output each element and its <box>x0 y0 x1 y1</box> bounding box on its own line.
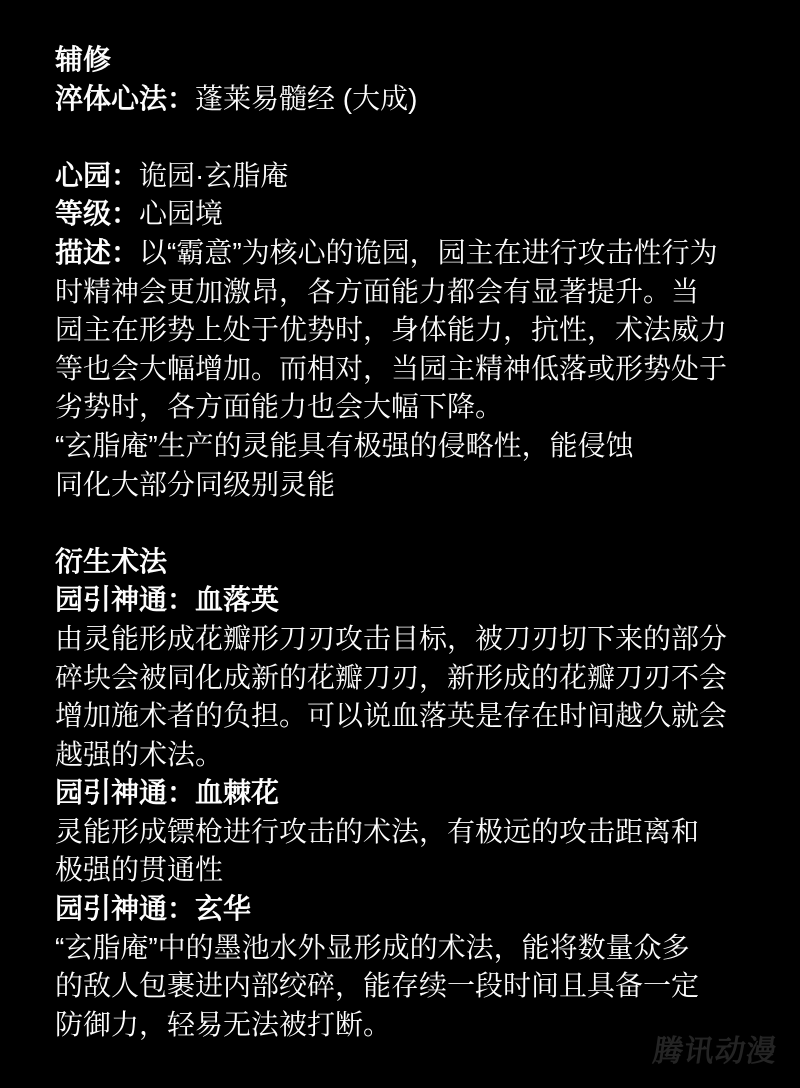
text-line: 等级：心园境 <box>55 195 770 234</box>
text-segment: 诡园·玄脂庵 <box>139 160 288 191</box>
text-line: 辅修 <box>55 41 770 80</box>
text-segment: 防御力，轻易无法被打断。 <box>55 1009 391 1040</box>
text-line: “玄脂庵”生产的灵能具有极强的侵略性，能侵蚀 <box>55 427 770 466</box>
text-line: 园主在形势上处于优势时，身体能力，抗性，术法威力 <box>55 311 770 350</box>
text-segment: 同化大部分同级别灵能 <box>55 469 335 500</box>
label-segment: 园引神通：血落英 <box>55 584 279 615</box>
tencent-comics-watermark: 腾讯动漫 <box>650 1032 796 1072</box>
text-segment: 由灵能形成花瓣形刀刃攻击目标，被刀刃切下来的部分 <box>55 623 727 654</box>
label-segment: 等级： <box>55 198 139 229</box>
text-line: 的敌人包裹进内部绞碎，能存续一段时间且具备一定 <box>55 967 770 1006</box>
text-segment: 的敌人包裹进内部绞碎，能存续一段时间且具备一定 <box>55 970 699 1001</box>
text-segment: 增加施术者的负担。可以说血落英是存在时间越久就会 <box>55 700 727 731</box>
text-segment: 极强的贯通性 <box>55 854 223 885</box>
text-line: 灵能形成镖枪进行攻击的术法，有极远的攻击距离和 <box>55 813 770 852</box>
text-line: 由灵能形成花瓣形刀刃攻击目标，被刀刃切下来的部分 <box>55 620 770 659</box>
text-line: 越强的术法。 <box>55 736 770 775</box>
text-line: 时精神会更加激昂，各方面能力都会有显著提升。当 <box>55 273 770 312</box>
text-line: “玄脂庵”中的墨池水外显形成的术法，能将数量众多 <box>55 929 770 968</box>
text-line: 描述：以“霸意”为核心的诡园，园主在进行攻击性行为 <box>55 234 770 273</box>
text-line: 心园：诡园·玄脂庵 <box>55 157 770 196</box>
text-segment: 碎块会被同化成新的花瓣刀刃，新形成的花瓣刀刃不会 <box>55 662 727 693</box>
stat-text-block: 辅修淬体心法：蓬莱易髓经 (大成)心园：诡园·玄脂庵等级：心园境描述：以“霸意”… <box>55 41 770 1044</box>
text-segment: 心园境 <box>139 198 223 229</box>
label-segment: 园引神通：血棘花 <box>55 777 279 808</box>
text-line: 等也会大幅增加。而相对，当园主精神低落或形势处于 <box>55 350 770 389</box>
text-segment: 以“霸意”为核心的诡园，园主在进行攻击性行为 <box>139 237 718 268</box>
comic-stat-page: 辅修淬体心法：蓬莱易髓经 (大成)心园：诡园·玄脂庵等级：心园境描述：以“霸意”… <box>0 0 800 1088</box>
text-line: 同化大部分同级别灵能 <box>55 466 770 505</box>
text-segment: 劣势时，各方面能力也会大幅下降。 <box>55 391 503 422</box>
label-segment: 衍生术法 <box>55 546 167 577</box>
label-segment: 描述： <box>55 237 139 268</box>
blank-line <box>55 504 770 543</box>
label-segment: 园引神通：玄华 <box>55 893 251 924</box>
text-segment: 蓬莱易髓经 (大成) <box>195 83 417 114</box>
label-segment: 淬体心法： <box>55 83 195 114</box>
text-segment: 灵能形成镖枪进行攻击的术法，有极远的攻击距离和 <box>55 816 699 847</box>
text-segment: “玄脂庵”生产的灵能具有极强的侵略性，能侵蚀 <box>55 430 634 461</box>
label-segment: 心园： <box>55 160 139 191</box>
text-segment: “玄脂庵”中的墨池水外显形成的术法，能将数量众多 <box>55 932 690 963</box>
text-line: 园引神通：血棘花 <box>55 774 770 813</box>
text-line: 园引神通：血落英 <box>55 581 770 620</box>
blank-line <box>55 118 770 157</box>
text-line: 劣势时，各方面能力也会大幅下降。 <box>55 388 770 427</box>
text-line: 衍生术法 <box>55 543 770 582</box>
text-line: 增加施术者的负担。可以说血落英是存在时间越久就会 <box>55 697 770 736</box>
text-segment: 园主在形势上处于优势时，身体能力，抗性，术法威力 <box>55 314 727 345</box>
text-segment: 时精神会更加激昂，各方面能力都会有显著提升。当 <box>55 276 699 307</box>
text-line: 园引神通：玄华 <box>55 890 770 929</box>
text-line: 极强的贯通性 <box>55 851 770 890</box>
text-line: 碎块会被同化成新的花瓣刀刃，新形成的花瓣刀刃不会 <box>55 659 770 698</box>
text-segment: 等也会大幅增加。而相对，当园主精神低落或形势处于 <box>55 353 727 384</box>
label-segment: 辅修 <box>55 44 111 75</box>
text-line: 淬体心法：蓬莱易髓经 (大成) <box>55 80 770 119</box>
text-segment: 越强的术法。 <box>55 739 223 770</box>
